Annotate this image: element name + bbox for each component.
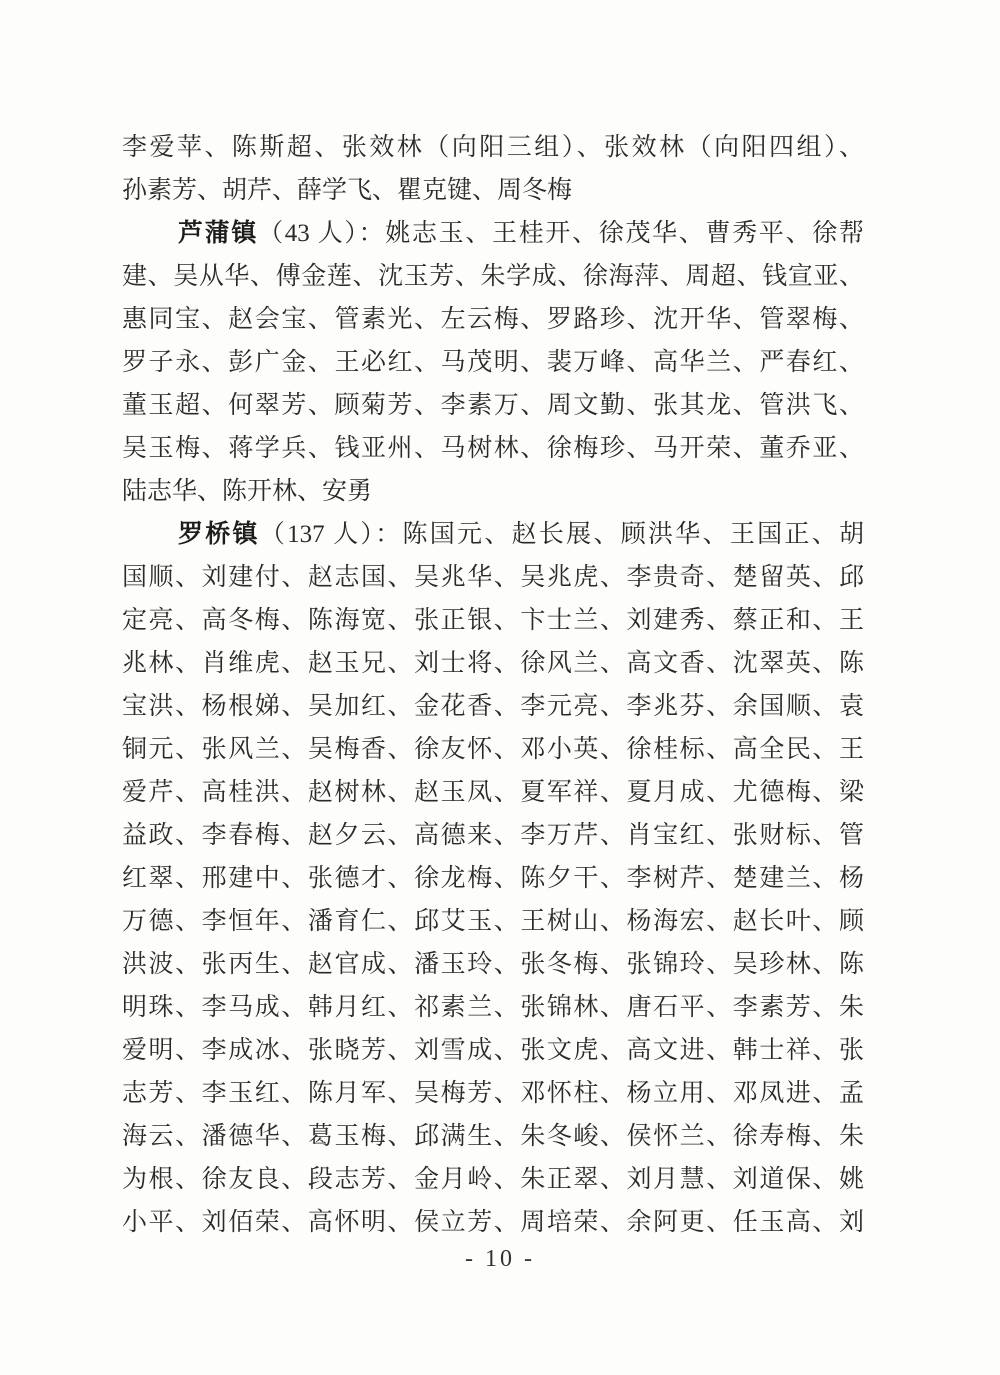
text-line: 志芳、李玉红、陈月军、吴梅芳、邓怀柱、杨立用、邓凤进、孟 <box>122 1072 864 1115</box>
text-line: （137 人）：陈国元、赵长展、顾洪华、王国正、胡 <box>260 521 864 548</box>
text-line: 罗子永、彭广金、王必红、马茂明、裴万峰、高华兰、严春红、 <box>122 341 864 384</box>
text-line: 陆志华、陈开林、安勇 <box>122 470 864 513</box>
text-line: 李爱苹、陈斯超、张效林（向阳三组）、张效林（向阳四组）、 <box>122 126 864 169</box>
page-body-text: 李爱苹、陈斯超、张效林（向阳三组）、张效林（向阳四组）、 孙素芳、胡芹、薛学飞、… <box>122 126 864 1244</box>
paragraph-start-line-luqiao: 罗桥镇（137 人）：陈国元、赵长展、顾洪华、王国正、胡 <box>122 513 864 556</box>
text-line: 铜元、张风兰、吴梅香、徐友怀、邓小英、徐桂标、高全民、王 <box>122 728 864 771</box>
town-name-luqiao: 罗桥镇 <box>178 521 260 548</box>
text-line: 惠同宝、赵会宝、管素光、左云梅、罗路珍、沈开华、管翠梅、 <box>122 298 864 341</box>
text-line: 定亮、高冬梅、陈海宽、张正银、卞士兰、刘建秀、蔡正和、王 <box>122 599 864 642</box>
text-line: 明珠、李马成、韩月红、祁素兰、张锦林、唐石平、李素芳、朱 <box>122 986 864 1029</box>
text-line: 爱芹、高桂洪、赵树林、赵玉凤、夏军祥、夏月成、尤德梅、梁 <box>122 771 864 814</box>
text-line: 董玉超、何翠芳、顾菊芳、李素万、周文勤、张其龙、管洪飞、 <box>122 384 864 427</box>
text-line: 洪波、张丙生、赵官成、潘玉玲、张冬梅、张锦玲、吴珍林、陈 <box>122 943 864 986</box>
document-page: 李爱苹、陈斯超、张效林（向阳三组）、张效林（向阳四组）、 孙素芳、胡芹、薛学飞、… <box>0 0 1000 1375</box>
text-line: 万德、李恒年、潘育仁、邱艾玉、王树山、杨海宏、赵长叶、顾 <box>122 900 864 943</box>
town-name-lupu: 芦蒲镇 <box>178 220 258 247</box>
text-line: 兆林、肖维虎、赵玉兄、刘士将、徐风兰、高文香、沈翠英、陈 <box>122 642 864 685</box>
text-line: 为根、徐友良、段志芳、金月岭、朱正翠、刘月慧、刘道保、姚 <box>122 1158 864 1201</box>
text-line: 吴玉梅、蒋学兵、钱亚州、马树林、徐梅珍、马开荣、董乔亚、 <box>122 427 864 470</box>
text-line: 国顺、刘建付、赵志国、吴兆华、吴兆虎、李贵奇、楚留英、邱 <box>122 556 864 599</box>
paragraph-start-line-lupu: 芦蒲镇（43 人）：姚志玉、王桂开、徐茂华、曹秀平、徐帮 <box>122 212 864 255</box>
text-line: 建、吴从华、傅金莲、沈玉芳、朱学成、徐海萍、周超、钱宣亚、 <box>122 255 864 298</box>
text-line: 孙素芳、胡芹、薛学飞、瞿克键、周冬梅 <box>122 169 864 212</box>
text-line: 益政、李春梅、赵夕云、高德来、李万芹、肖宝红、张财标、管 <box>122 814 864 857</box>
text-line: 海云、潘德华、葛玉梅、邱满生、朱冬峻、侯怀兰、徐寿梅、朱 <box>122 1115 864 1158</box>
text-line: 红翠、邢建中、张德才、徐龙梅、陈夕干、李树芹、楚建兰、杨 <box>122 857 864 900</box>
text-line: （43 人）：姚志玉、王桂开、徐茂华、曹秀平、徐帮 <box>258 220 864 247</box>
text-line: 爱明、李成冰、张晓芳、刘雪成、张文虎、高文进、韩士祥、张 <box>122 1029 864 1072</box>
text-line: 宝洪、杨根娣、吴加红、金花香、李元亮、李兆芬、余国顺、袁 <box>122 685 864 728</box>
page-number: - 10 - <box>0 1246 1000 1273</box>
text-line: 小平、刘佰荣、高怀明、侯立芳、周培荣、余阿更、任玉高、刘 <box>122 1201 864 1244</box>
